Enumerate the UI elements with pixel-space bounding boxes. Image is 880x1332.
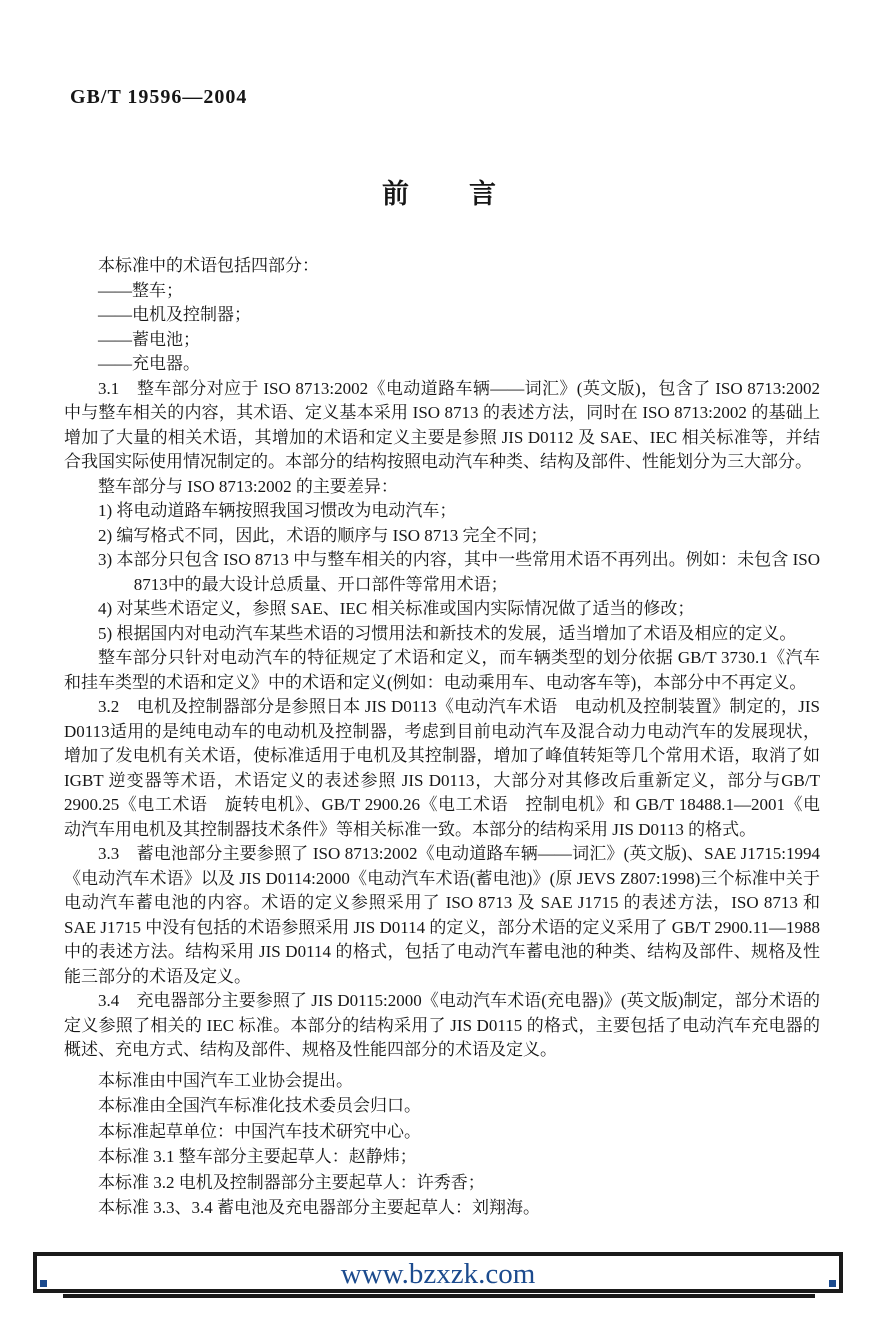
closing-line: 本标准起草单位：中国汽车技术研究中心。 bbox=[64, 1120, 820, 1145]
list-item: ——充电器。 bbox=[64, 352, 820, 377]
paragraph-3-4: 3.4 充电器部分主要参照了 JIS D0115:2000《电动汽车术语(充电器… bbox=[64, 989, 820, 1063]
corner-dot-icon bbox=[829, 1280, 836, 1287]
watermark-box-shadow bbox=[63, 1294, 815, 1298]
closing-line: 本标准由中国汽车工业协会提出。 bbox=[64, 1069, 820, 1094]
closing-line: 本标准 3.1 整车部分主要起草人：赵静炜； bbox=[64, 1145, 820, 1170]
standard-code: GB/T 19596—2004 bbox=[70, 86, 247, 109]
differences-intro: 整车部分与 ISO 8713:2002 的主要差异： bbox=[64, 475, 820, 500]
watermark-box: www.bzxzk.com bbox=[33, 1252, 843, 1293]
paragraph-3-3: 3.3 蓄电池部分主要参照了 ISO 8713:2002《电动道路车辆——词汇》… bbox=[64, 842, 820, 989]
list-item: ——电机及控制器； bbox=[64, 303, 820, 328]
numbered-item: 3) 本部分只包含 ISO 8713 中与整车相关的内容，其中一些常用术语不再列… bbox=[64, 548, 820, 597]
paragraph-3-1: 3.1 整车部分对应于 ISO 8713:2002《电动道路车辆——词汇》(英文… bbox=[64, 377, 820, 475]
paragraph-3-2: 3.2 电机及控制器部分是参照日本 JIS D0113《电动汽车术语 电动机及控… bbox=[64, 695, 820, 842]
corner-dot-icon bbox=[40, 1280, 47, 1287]
intro-line: 本标准中的术语包括四部分： bbox=[64, 254, 820, 279]
document-page: GB/T 19596—2004 前 言 本标准中的术语包括四部分： ——整车； … bbox=[0, 0, 880, 1332]
list-item: ——蓄电池； bbox=[64, 328, 820, 353]
closing-line: 本标准由全国汽车标准化技术委员会归口。 bbox=[64, 1094, 820, 1119]
list-item: ——整车； bbox=[64, 279, 820, 304]
watermark-website-link[interactable]: www.bzxzk.com bbox=[341, 1256, 536, 1292]
numbered-item: 4) 对某些术语定义，参照 SAE、IEC 相关标准或国内实际情况做了适当的修改… bbox=[64, 597, 820, 622]
numbered-item: 5) 根据国内对电动汽车某些术语的习惯用法和新技术的发展，适当增加了术语及相应的… bbox=[64, 622, 820, 647]
paragraph-vehicle-types: 整车部分只针对电动汽车的特征规定了术语和定义，而车辆类型的划分依据 GB/T 3… bbox=[64, 646, 820, 695]
page-title: 前 言 bbox=[0, 172, 880, 211]
numbered-item: 1) 将电动道路车辆按照我国习惯改为电动汽车； bbox=[64, 499, 820, 524]
closing-line: 本标准 3.3、3.4 蓄电池及充电器部分主要起草人：刘翔海。 bbox=[64, 1196, 820, 1221]
numbered-item: 2) 编写格式不同，因此，术语的顺序与 ISO 8713 完全不同； bbox=[64, 524, 820, 549]
closing-statements: 本标准由中国汽车工业协会提出。 本标准由全国汽车标准化技术委员会归口。 本标准起… bbox=[64, 1069, 820, 1221]
closing-line: 本标准 3.2 电机及控制器部分主要起草人：许秀香； bbox=[64, 1171, 820, 1196]
foreword-body: 本标准中的术语包括四部分： ——整车； ——电机及控制器； ——蓄电池； ——充… bbox=[64, 254, 820, 1221]
